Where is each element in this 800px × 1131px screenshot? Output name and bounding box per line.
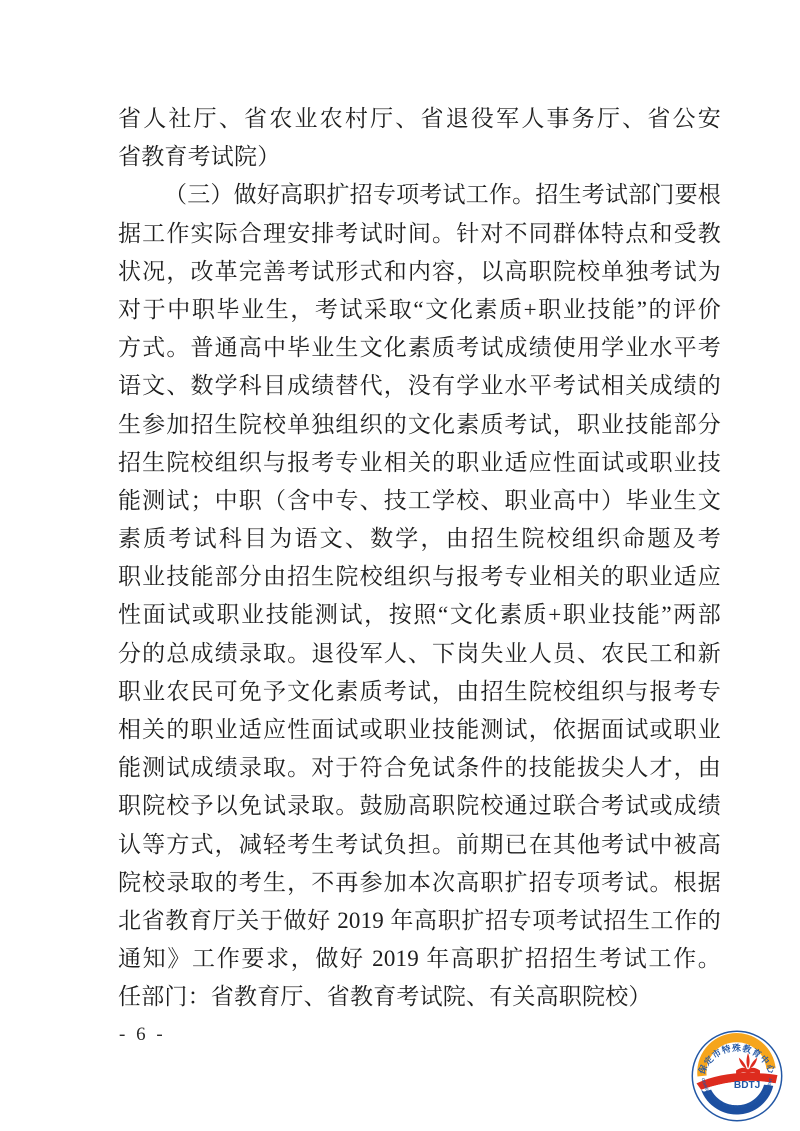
text-line: 招生院校组织与报考专业相关的职业适应性面试或职业技 — [118, 444, 721, 482]
text-line: 省教育考试院） — [118, 138, 721, 176]
seal-abbr-text: BDTJ — [734, 1080, 760, 1091]
text-line: 通知》工作要求，做好 2019 年高职扩招招生考试工作。（责 — [118, 940, 721, 978]
text-line: 性面试或职业技能测试，按照“文化素质+职业技能”两部 — [118, 596, 721, 634]
text-line: 生参加招生院校单独组织的文化素质考试，职业技能部分由 — [118, 406, 721, 444]
text-line: 职业农民可免予文化素质考试，由招生院校组织与报考专业 — [118, 673, 721, 711]
text-line: 能测试成绩录取。对于符合免试条件的技能拔尖人才，由高 — [118, 749, 721, 787]
text-line: 素质考试科目为语文、数学，由招生院校组织命题及考试， — [118, 520, 721, 558]
text-line: 分的总成绩录取。退役军人、下岗失业人员、农民工和新型 — [118, 635, 721, 673]
document-body: 省人社厅、省农业农村厅、省退役军人事务厅、省公安厅、省教育考试院）（三）做好高职… — [118, 100, 721, 1017]
school-seal-logo: BDTJ 保定市特殊教育中心 BAODING SCHOOL OF SPECIAL… — [691, 1030, 783, 1122]
text-line: 认等方式，减轻考生考试负担。前期已在其他考试中被高职 — [118, 826, 721, 864]
text-line: 职业技能部分由招生院校组织与报考专业相关的职业适应 — [118, 558, 721, 596]
text-line: 相关的职业适应性面试或职业技能测试，依据面试或职业技 — [118, 711, 721, 749]
page-number: - 6 - — [119, 1024, 166, 1046]
text-line: 对于中职毕业生，考试采取“文化素质+职业技能”的评价 — [118, 291, 721, 329]
document-page: 省人社厅、省农业农村厅、省退役军人事务厅、省公安厅、省教育考试院）（三）做好高职… — [0, 0, 800, 1131]
text-line: 语文、数学科目成绩替代，没有学业水平考试相关成绩的考 — [118, 367, 721, 405]
text-line: 方式。普通高中毕业生文化素质考试成绩使用学业水平考试 — [118, 329, 721, 367]
text-line: 院校录取的考生，不再参加本次高职扩招专项考试。根据《河 — [118, 864, 721, 902]
text-line: 北省教育厅关于做好 2019 年高职扩招专项考试招生工作的 — [118, 902, 721, 940]
text-line: 据工作实际合理安排考试时间。针对不同群体特点和受教育 — [118, 215, 721, 253]
text-line: 省人社厅、省农业农村厅、省退役军人事务厅、省公安厅、 — [118, 100, 721, 138]
text-line: 任部门：省教育厅、省教育考试院、有关高职院校） — [118, 978, 721, 1016]
text-line: 状况，改革完善考试形式和内容，以高职院校单独考试为主。 — [118, 253, 721, 291]
text-line: （三）做好高职扩招专项考试工作。招生考试部门要根 — [118, 176, 721, 214]
text-line: 职院校予以免试录取。鼓励高职院校通过联合考试或成绩互 — [118, 787, 721, 825]
seal-emblem-icon: BDTJ 保定市特殊教育中心 BAODING SCHOOL OF SPECIAL… — [691, 1030, 783, 1122]
text-line: 能测试；中职（含中专、技工学校、职业高中）毕业生文化 — [118, 482, 721, 520]
